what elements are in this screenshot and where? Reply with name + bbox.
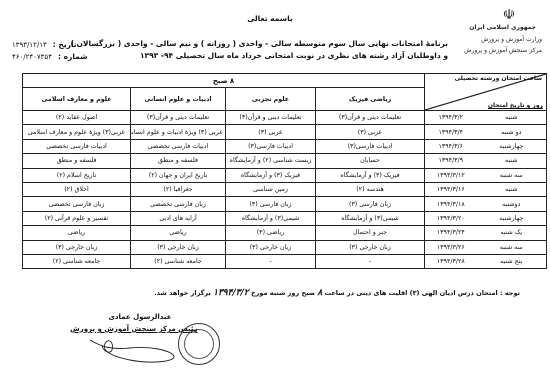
table-row: دوشنبه ۱۳۹۴/۳/۱۸ زبان فارسی (۳) زبان فار… [23, 197, 547, 211]
column-header-islamic-studies: علوم و معارف اسلامی [23, 88, 131, 111]
table-row: شنبه ۱۳۹۴/۳/۲ تعلیمات دینی و قرآن(۳) تعل… [23, 111, 547, 125]
row-day: چهارشنبه [477, 139, 547, 153]
cell: آرایه های ادبی [131, 211, 226, 225]
cell: تاریخ اسلام (۲) [23, 168, 131, 182]
note-hour: ۸ [317, 288, 322, 298]
cell: زبان خارجی (۳) [23, 240, 131, 254]
cell: زبان خارجی (۳) [131, 240, 226, 254]
cell: - [316, 254, 425, 268]
row-date: ۱۳۹۴/۳/۲۶ [425, 240, 477, 254]
time-header: ۸ صبح [23, 74, 425, 88]
cell: جامعه شناسی (۲) [23, 254, 131, 268]
row-date: ۱۳۹۴/۳/۲۴ [425, 226, 477, 240]
cell: تعلیمات دینی و قرآن(۳) [131, 111, 226, 125]
cell: زبان خارجی (۳) [316, 240, 425, 254]
row-date: ۱۳۹۴/۳/۹ [425, 154, 477, 168]
cell: شیمی(۳) و آزمایشگاه [316, 211, 425, 225]
note-date: ۱۳۹۴/۳/۲ [213, 288, 249, 298]
org-line-republic: جمهوری اسلامی ایران [469, 24, 536, 31]
iran-emblem-icon: ☫ [496, 6, 522, 24]
document-title: برنامهٔ امتحانات نهایی سال سوم متوسطه سا… [70, 39, 448, 48]
stamp-inner-ring [184, 329, 214, 359]
row-date: ۱۳۹۴/۳/۲۸ [425, 254, 477, 268]
table-row: دو شنبه ۱۳۹۴/۳/۴ عربی (۳) عربی (۳) عربی … [23, 125, 547, 139]
number-label: شماره : [58, 52, 88, 61]
row-day: سه شنبه [477, 168, 547, 182]
note-middle: صبح روز شنبه مورخ [251, 289, 315, 297]
document-subtitle: و داوطلبان آزاد رشته های نظری در نوبت ام… [140, 51, 448, 60]
row-day: شنبه [477, 182, 547, 196]
cell: تعلیمات دینی و قرآن(۳) [316, 111, 425, 125]
cell: هندسه (۲) [316, 182, 425, 196]
row-day: دو شنبه [477, 125, 547, 139]
cell: تاریخ ایران و جهان (۲) [131, 168, 226, 182]
row-date: ۱۳۹۴/۳/۱۶ [425, 182, 477, 196]
cell: زبان فارسی (۳) [226, 197, 316, 211]
cell: ریاضی [131, 226, 226, 240]
cell: عربی (۳) [226, 125, 316, 139]
row-date: ۱۳۹۴/۳/۲۰ [425, 211, 477, 225]
cell: زبان خارجی (۳) [226, 240, 316, 254]
cell: - [226, 254, 316, 268]
cell: اصول عقاید (۲) [23, 111, 131, 125]
exam-schedule-table: ساعت امتحان ورشته تحصیلی روز و تاریخ امت… [22, 73, 547, 269]
cell: زیست شناسی (۲) و آزمایشگاه [226, 154, 316, 168]
row-day: دوشنبه [477, 197, 547, 211]
cell: زبان فارسی تخصصی [131, 197, 226, 211]
cell: ادبیات فارسی تخصصی [131, 139, 226, 153]
row-day: چهارشنبه [477, 211, 547, 225]
row-day: شنبه [477, 154, 547, 168]
stamp-number: ۲۲ [191, 329, 197, 335]
row-date: ۱۳۹۴/۳/۲ [425, 111, 477, 125]
column-header-natural-sciences: علوم تجربی [226, 88, 316, 111]
cell: حسابان [316, 154, 425, 168]
bismillah: باسمه تعالی [230, 14, 310, 23]
cell: شیمی(۳) و آزمایشگاه [226, 211, 316, 225]
cell: عربی (۳) [316, 125, 425, 139]
table-row: سه شنبه ۱۳۹۴/۳/۲۶ زبان خارجی (۳) زبان خا… [23, 240, 547, 254]
table-row: شنبه ۱۳۹۴/۳/۱۶ هندسه (۲) زمین شناسی جغرا… [23, 182, 547, 196]
cell: جامعه شناسی (۲) [131, 254, 226, 268]
cell: فلسفه و منطق [131, 154, 226, 168]
column-header-humanities: ادبیات و علوم انسانی [131, 88, 226, 111]
signatory-name: عبدالرسول عمادی [100, 313, 180, 321]
cell: جغرافیا (۲) [131, 182, 226, 196]
note-suffix: برگزار خواهد شد. [154, 289, 211, 297]
cell: عربی (۳) ویژهٔ ادبیات و علوم انسانی [131, 125, 226, 139]
cell: تفسیر و علوم قرآنی (۲) [23, 211, 131, 225]
official-stamp-icon: ۲۲ [178, 323, 220, 365]
row-date: ۱۳۹۴/۳/۱۸ [425, 197, 477, 211]
row-date: ۱۳۹۴/۳/۴ [425, 125, 477, 139]
signatory-title: رئیس مرکز سنجش آموزش و پرورش [70, 325, 198, 333]
table-row: یک شنبه ۱۳۹۴/۳/۲۴ جبر و احتمال ریاضی (۳)… [23, 226, 547, 240]
org-line-ministry: وزارت آموزش و پرورش [481, 36, 542, 43]
cell: اخلاق (۲) [23, 182, 131, 196]
table-row: شنبه ۱۳۹۴/۳/۹ حسابان زیست شناسی (۲) و آز… [23, 154, 547, 168]
row-date: ۱۳۹۴/۳/۱۲ [425, 168, 477, 182]
cell: فیزیک (۳) و آزمایشگاه [226, 168, 316, 182]
handwritten-signature-icon [70, 336, 180, 368]
row-day: شنبه [477, 111, 547, 125]
date-value: ۱۳۹۳/۱۲/۱۳ [12, 41, 47, 49]
cell: زبان فارسی تخصصی [23, 197, 131, 211]
row-day: پنج شنبه [477, 254, 547, 268]
number-value: ۴۶۰/۲۴۰۷۳۵۴ [12, 53, 52, 61]
cell: عربی(۳) ویژهٔ علوم و معارف اسلامی [23, 125, 131, 139]
column-header-math-physics: ریاضی فیزیک [316, 88, 425, 111]
row-day: یک شنبه [477, 226, 547, 240]
corner-header: ساعت امتحان ورشته تحصیلی روز و تاریخ امت… [425, 74, 547, 111]
row-date: ۱۳۹۴/۳/۶ [425, 139, 477, 153]
cell: تعلیمات دینی و قرآن(۳) [226, 111, 316, 125]
table-row: پنج شنبه ۱۳۹۴/۳/۲۸ - - جامعه شناسی (۲) ج… [23, 254, 547, 268]
org-line-center: مرکز سنجش آموزش و پرورش [464, 47, 542, 54]
table-row: سه شنبه ۱۳۹۴/۳/۱۲ فیزیک (۳) و آزمایشگاه … [23, 168, 547, 182]
cell: ادبیات فارسی(۳) [226, 139, 316, 153]
document-number: شماره :۴۶۰/۲۴۰۷۳۵۴ [12, 52, 88, 61]
document-date: تاریخ :۱۳۹۳/۱۲/۱۳ [12, 40, 77, 49]
corner-top-label: ساعت امتحان ورشته تحصیلی [455, 75, 542, 82]
date-label: تاریخ : [53, 40, 77, 49]
cell: زمین شناسی [226, 182, 316, 196]
row-day: سه شنبه [477, 240, 547, 254]
table-row: چهارشنبه ۱۳۹۴/۳/۲۰ شیمی(۳) و آزمایشگاه ش… [23, 211, 547, 225]
table-row: چهارشنبه ۱۳۹۴/۳/۶ ادبیات فارسی(۳) ادبیات… [23, 139, 547, 153]
cell: فلسفه و منطق [23, 154, 131, 168]
cell: ریاضی [23, 226, 131, 240]
cell: ادبیات فارسی تخصصی [23, 139, 131, 153]
cell: فیزیک (۳) و آزمایشگاه [316, 168, 425, 182]
note-prefix: توجه : امتحان درس ادیان الهی (۳) اقلیت ه… [324, 289, 520, 297]
footnote: توجه : امتحان درس ادیان الهی (۳) اقلیت ه… [154, 288, 520, 298]
cell: ریاضی (۳) [226, 226, 316, 240]
cell: زبان فارسی (۳) [316, 197, 425, 211]
corner-bottom-label: روز و تاریخ امتحان [488, 102, 543, 109]
cell: ادبیات فارسی(۳) [316, 139, 425, 153]
cell: جبر و احتمال [316, 226, 425, 240]
